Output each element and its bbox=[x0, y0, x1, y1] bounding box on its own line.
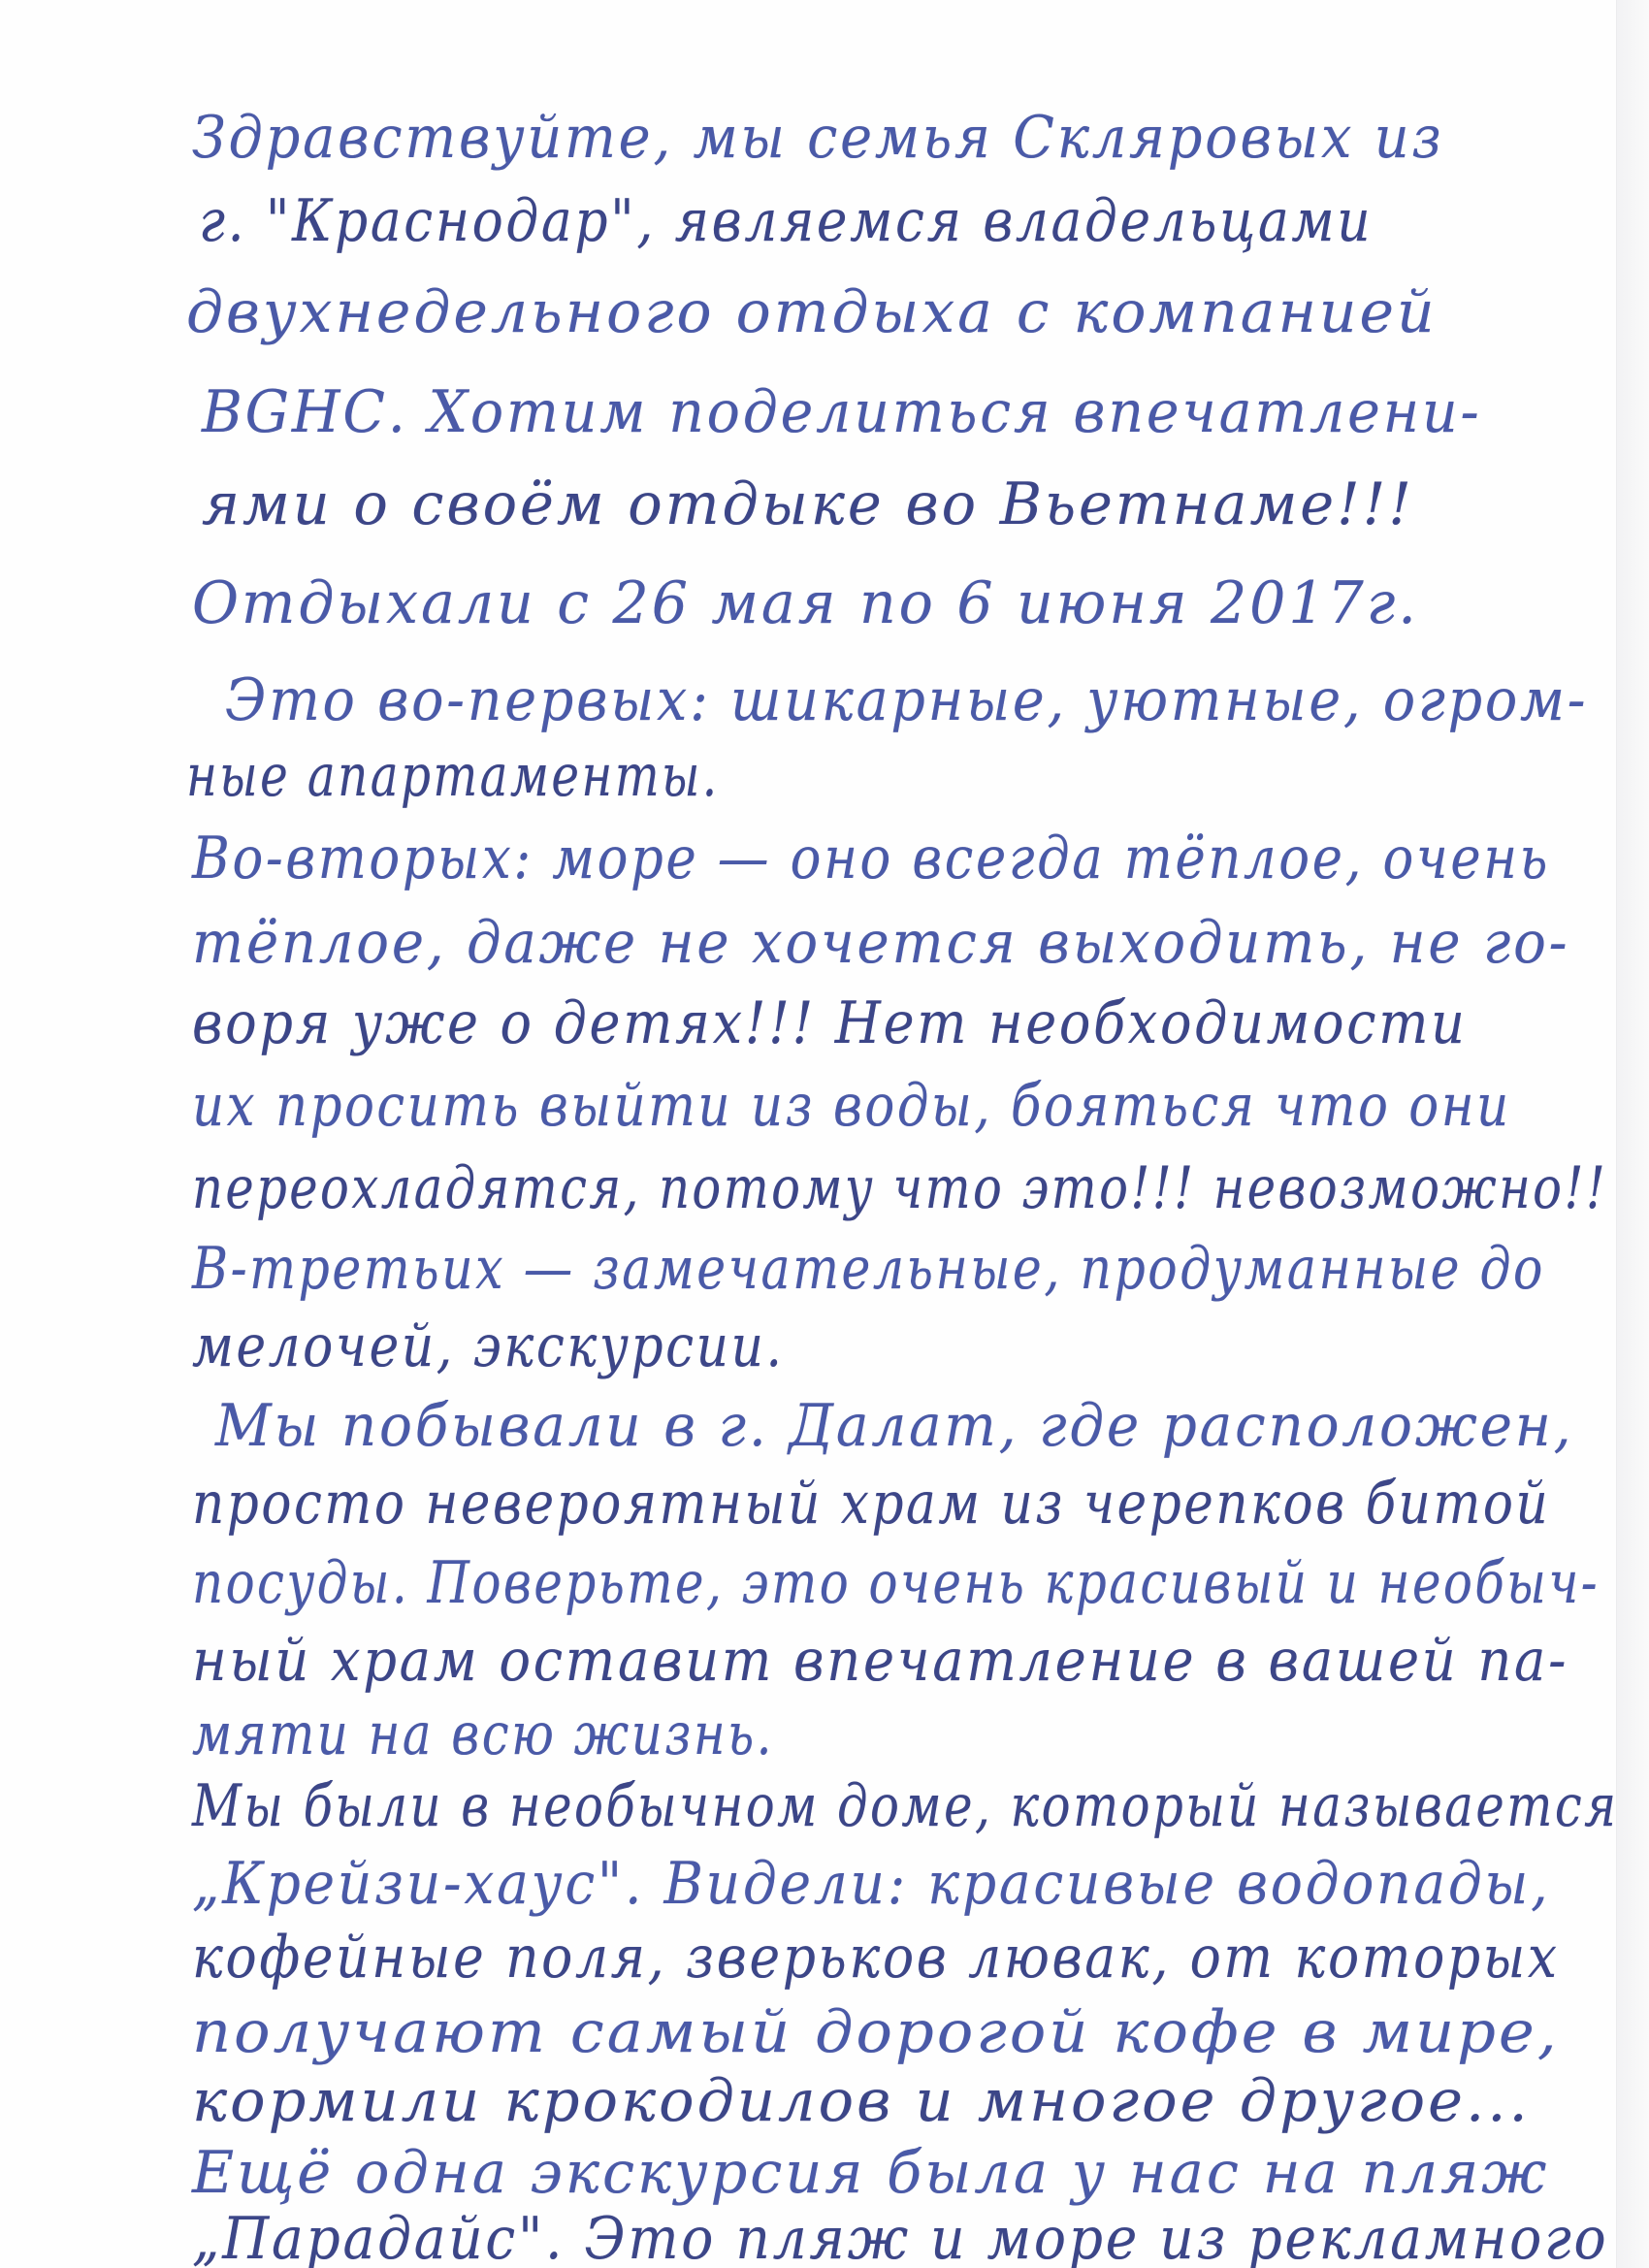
letter-line: получают самый дорогой кофе в мире, bbox=[192, 2003, 1560, 2061]
letter-line: мяти на всю жизнь. bbox=[192, 1705, 774, 1764]
scan-page-edge bbox=[1616, 0, 1649, 2268]
letter-line: Во-вторых: море — оно всегда тёплое, оче… bbox=[192, 829, 1550, 888]
letter-line: Это во-первых: шикарные, уютные, огром- bbox=[225, 671, 1588, 729]
letter-line: кормили крокодилов и многое другое... bbox=[192, 2072, 1531, 2130]
letter-line: воря уже о детях!!! Нет необходимости bbox=[192, 994, 1468, 1053]
letter-line: просто невероятный храм из черепков бито… bbox=[192, 1474, 1550, 1533]
letter-line: ный храм оставит впечатление в вашей па- bbox=[192, 1632, 1568, 1690]
letter-line: Мы побывали в г. Далат, где расположен, bbox=[215, 1397, 1573, 1455]
letter-line: „Крейзи-хаус". Видели: красивые водопады… bbox=[192, 1855, 1550, 1913]
letter-line: тёплое, даже не хочется выходить, не го- bbox=[192, 914, 1569, 972]
letter-line: ВGНС. Хотим поделиться впечатлени- bbox=[202, 383, 1482, 441]
letter-line: ями о своём отдыке во Вьетнаме!!! bbox=[202, 475, 1414, 534]
letter-line: Мы были в необычном доме, который называ… bbox=[192, 1777, 1619, 1835]
letter-line: ные апартаменты. bbox=[186, 747, 720, 805]
letter-line: посуды. Поверьте, это очень красивый и н… bbox=[192, 1554, 1600, 1612]
letter-line: двухнедельного отдыха с компанией bbox=[186, 283, 1438, 341]
letter-line: „Парадайс". Это пляж и море из рекламног… bbox=[192, 2210, 1608, 2268]
letter-line: их просить выйти из воды, бояться что он… bbox=[192, 1077, 1511, 1135]
letter-line: Отдыхали с 26 мая по 6 июня 2017г. bbox=[192, 574, 1419, 632]
handwritten-letter-body: Здравствуйте, мы семья Скляровых из г. "… bbox=[0, 0, 1616, 2268]
letter-line: переохладятся, потому что это!!! невозмо… bbox=[192, 1159, 1607, 1217]
letter-line: Здравствуйте, мы семья Скляровых из bbox=[192, 109, 1444, 167]
letter-line: г. "Краснодар", являемся владельцами bbox=[199, 192, 1373, 250]
letter-line: Ещё одна экскурсия была у нас на пляж bbox=[192, 2144, 1549, 2202]
letter-line: В-третьих — замечательные, продуманные д… bbox=[192, 1240, 1545, 1298]
letter-line: мелочей, экскурсии. bbox=[192, 1317, 785, 1376]
letter-line: кофейные поля, зверьков лювак, от которы… bbox=[192, 1928, 1560, 1987]
